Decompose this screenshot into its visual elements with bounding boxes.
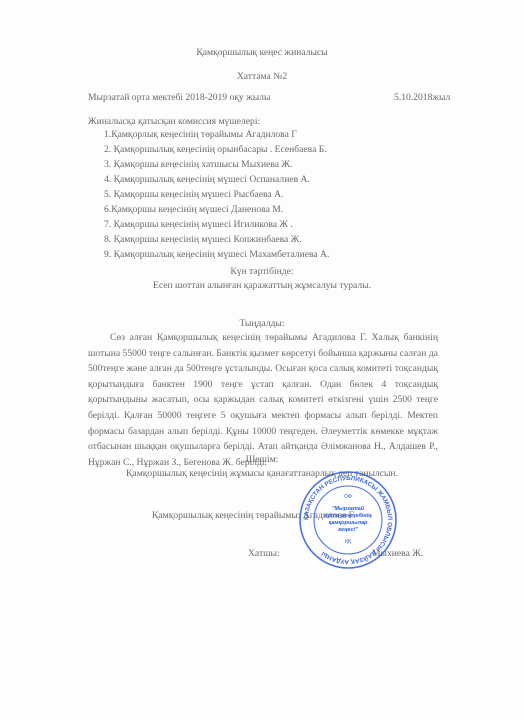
official-stamp-icon: ҚАЗАҚСТАН РЕСПУБЛИКАСЫ ЖАМБЫЛ ОБЛЫСЫ БАЙ… [293, 470, 403, 570]
protocol-number: Хаттама №2 [0, 71, 524, 82]
stamp-line-2: орта мектебінің [324, 512, 372, 519]
member-5: 5. Қамқоршы кеңесінің мүшесі Рысбаева А. [104, 189, 283, 200]
members-heading: Жиналысқа қатысқан комиссия мүшелері: [88, 116, 260, 127]
member-9: 9. Қамқоршылық кеңесінің мүшесі Махамбет… [104, 249, 329, 260]
member-1: 1.Қамқорлық кеңесінің төрайымы Агадилова… [104, 129, 297, 140]
stamp-line-4: кеңесі" [338, 527, 358, 533]
member-7: 7. Қамқоршы кеңесінің мүшесі Игиликова Ж… [104, 219, 293, 230]
listened-text: Сөз алған Қамқоршылық кеңесінің төрайымы… [88, 330, 438, 470]
agenda-heading: Күн тәртібінде: [0, 266, 524, 277]
member-6: 6.Қамқоршы кеңесінің мүшесі Даненова М. [104, 204, 283, 215]
decision-heading: Шешім: [0, 454, 524, 465]
meeting-date: 5.10.2018жыл [394, 92, 450, 103]
stamp-line-1: "Мырзатай [332, 505, 365, 512]
member-8: 8. Қамқоршы кеңесінің мүшесі Копжинбаева… [104, 234, 302, 245]
member-2: 2. Қамқоршылық кеңесінің орынбасары . Ес… [104, 144, 327, 155]
member-4: 4. Қамқоршылық кеңесінің мүшесі Оспанали… [104, 174, 310, 185]
decision-text: Қамқоршылық кеңесінің жұмысы қанағаттана… [0, 468, 524, 479]
document-page: Қамқоршылық кеңес жиналысы Хаттама №2 Мы… [0, 0, 524, 720]
secretary-label: Хатшы: [248, 548, 280, 559]
listened-heading: Тыңдалды: [0, 318, 524, 329]
document-title: Қамқоршылық кеңес жиналысы [0, 47, 524, 58]
school-year-line: Мырзатай орта мектебі 2018-2019 оқу жылы [88, 92, 270, 103]
stamp-top-mark: ОФ [344, 494, 352, 500]
stamp-line-3: қамқоршылар [329, 520, 368, 526]
stamp-bottom-mark: ҚҚ [345, 539, 351, 545]
agenda-item: Есеп шоттан алынған қаражаттың жұмсалуы … [0, 280, 524, 291]
member-3: 3. Қамқоршы кеңесінің хатшысы Мыхиева Ж. [104, 159, 292, 170]
